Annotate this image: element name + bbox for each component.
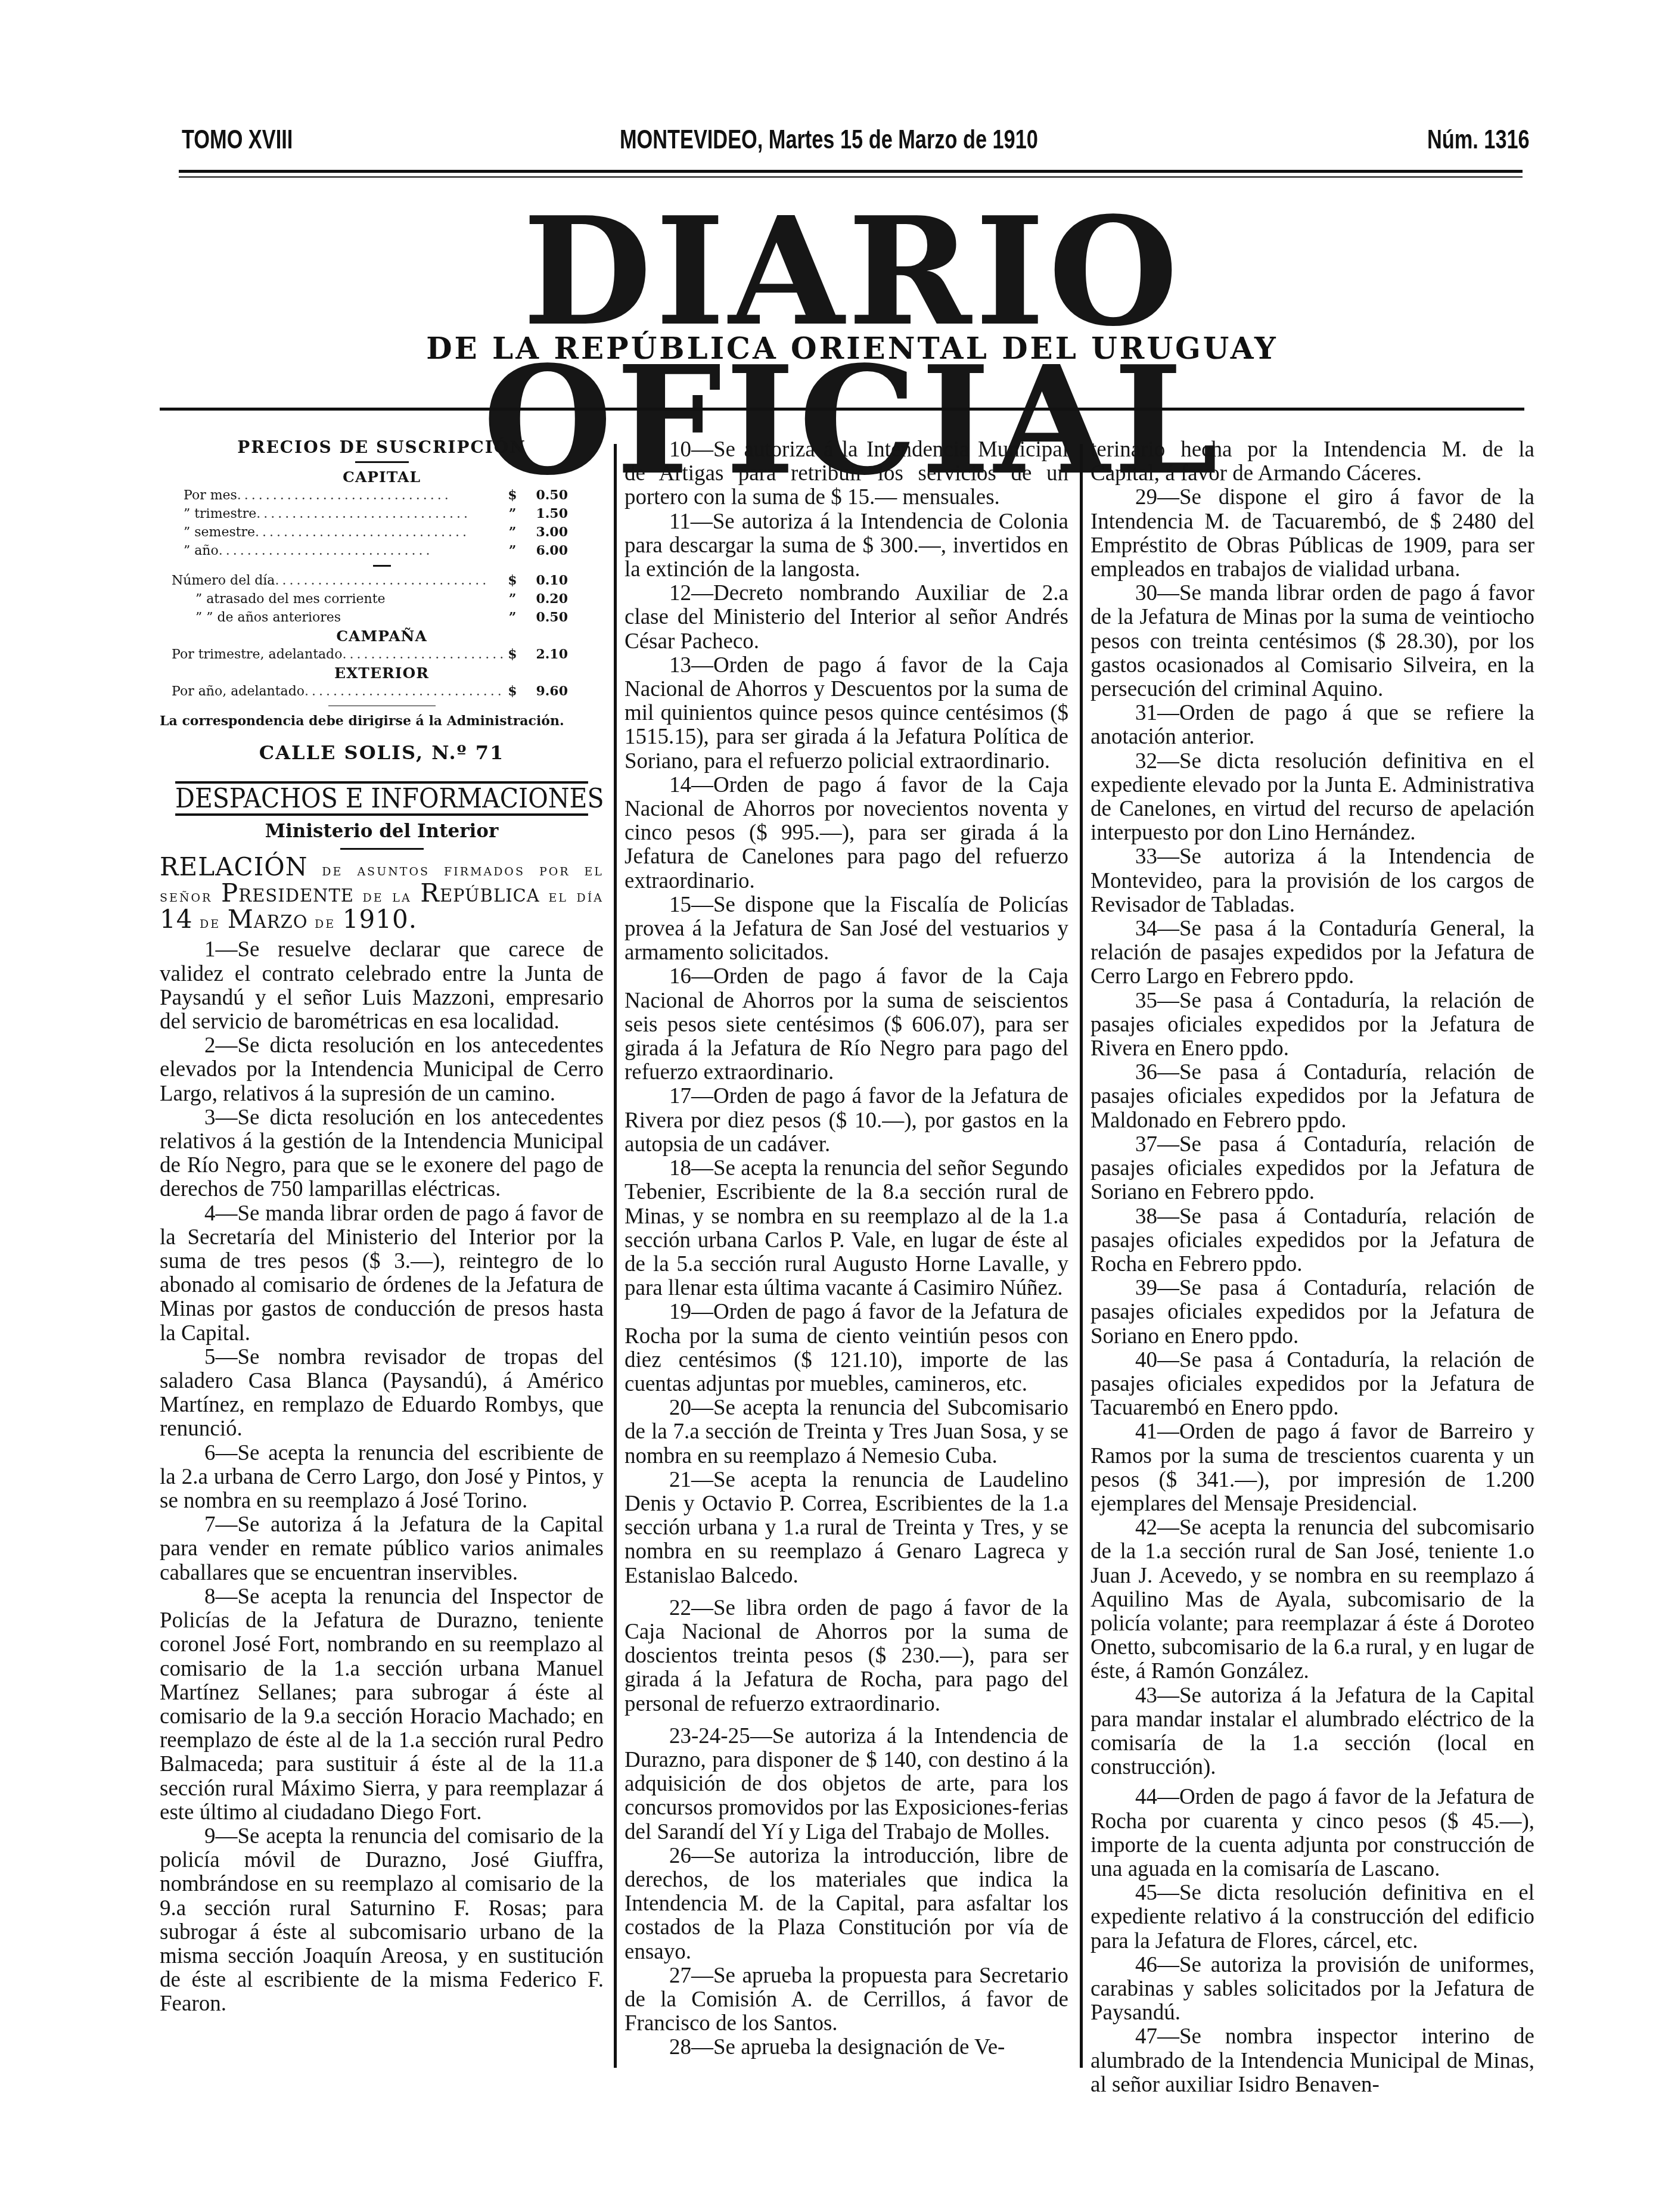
- subscription-heading: PRECIOS DE SUSCRIPCIÓN: [160, 438, 604, 456]
- decree-item: 19—Orden de pago á favor de la Jefatura …: [625, 1300, 1068, 1396]
- capital-price-list: Por mes..............................$0.…: [160, 486, 604, 560]
- decree-item: 14—Orden de pago á favor de la Caja Naci…: [625, 773, 1068, 893]
- currency: $: [505, 486, 520, 505]
- decree-item: 13—Orden de pago á favor de la Caja Naci…: [625, 654, 1068, 773]
- price-row: ” año..............................”6.00: [160, 542, 604, 560]
- price-row: Por trimestre, adelantado...............…: [160, 645, 604, 664]
- newspaper-subtitle: DE LA REPÚBLICA ORIENTAL DEL URUGUAY: [197, 331, 1508, 366]
- relacion-heading: RELACIÓN de asuntos firmados por el seño…: [160, 856, 604, 934]
- price-amount: 1.50: [520, 505, 604, 523]
- decree-item: 41—Orden de pago á favor de Barreiro y R…: [1091, 1420, 1534, 1516]
- decree-item: 36—Se pasa á Contaduría, relación de pas…: [1091, 1061, 1534, 1133]
- price-row: ” ” de años anteriores ”0.50: [160, 608, 604, 627]
- masthead-info-line: TOMO XVIII MONTEVIDEO, Martes 15 de Marz…: [182, 125, 1523, 161]
- relacion-text: Presidente: [221, 878, 354, 908]
- price-label: ” atrasado del mes corriente: [160, 590, 386, 608]
- decree-continuation: terinario hecha por la Intendencia M. de…: [1091, 438, 1534, 486]
- decree-item: 10—Se autoriza á la Intendencia Municipa…: [625, 438, 1068, 510]
- dateline: MONTEVIDEO, Martes 15 de Marzo de 1910: [620, 125, 1038, 155]
- masthead-rule-thin: [179, 176, 1523, 178]
- currency: $: [505, 682, 520, 701]
- decree-item: 4—Se manda librar orden de pago á favor …: [160, 1202, 604, 1346]
- decree-item: 18—Se acepta la renuncia del señor Segun…: [625, 1157, 1068, 1300]
- currency: ”: [505, 523, 520, 542]
- decree-item: 43—Se autoriza á la Jefatura de la Capit…: [1091, 1684, 1534, 1780]
- decree-item: 8—Se acepta la renuncia del Inspector de…: [160, 1585, 604, 1825]
- leader-dots: ..............................: [305, 682, 505, 701]
- ministry-heading: Ministerio del Interior: [160, 819, 604, 843]
- decree-item: 35—Se pasa á Contaduría, la relación de …: [1091, 989, 1534, 1061]
- campana-heading: CAMPAÑA: [160, 627, 604, 645]
- column-2: 10—Se autoriza á la Intendencia Municipa…: [625, 438, 1068, 2060]
- decree-item: 2—Se dicta resolución en los antecedente…: [160, 1034, 604, 1106]
- currency: ”: [505, 505, 520, 523]
- separator: [373, 565, 391, 567]
- ministry-rule: [340, 848, 424, 850]
- currency: ”: [505, 542, 520, 560]
- decree-item: 9—Se acepta la renuncia del comisario de…: [160, 1825, 604, 2017]
- decree-item: 31—Orden de pago á que se refiere la ano…: [1091, 701, 1534, 749]
- issue-price-list: Número del día..........................…: [160, 571, 604, 627]
- decree-item: 29—Se dispone el giro á favor de la Inte…: [1091, 486, 1534, 582]
- decree-item: 37—Se pasa á Contaduría, relación de pas…: [1091, 1133, 1534, 1205]
- decree-item: 40—Se pasa á Contaduría, la relación de …: [1091, 1349, 1534, 1421]
- exterior-heading: EXTERIOR: [160, 664, 604, 682]
- decree-item: 30—Se manda librar orden de pago á favor…: [1091, 582, 1534, 701]
- relacion-text: de la: [363, 887, 412, 906]
- relacion-text: República: [420, 878, 539, 908]
- leader-dots: ..............................: [237, 486, 505, 505]
- decree-item: 15—Se dispone que la Fiscalía de Policía…: [625, 893, 1068, 965]
- newspaper-page: TOMO XVIII MONTEVIDEO, Martes 15 de Marz…: [0, 0, 1659, 2212]
- price-row: ” atrasado del mes corriente ”0.20: [160, 590, 604, 608]
- decree-item: 27—Se aprueba la propuesta para Secretar…: [625, 1964, 1068, 2036]
- leader-dots: ..............................: [275, 571, 505, 590]
- decree-item: 20—Se acepta la renuncia del Subcomisari…: [625, 1396, 1068, 1468]
- decree-item: 33—Se autoriza á la Intendencia de Monte…: [1091, 845, 1534, 917]
- decree-item: 23-24-25—Se autoriza á la Intendencia de…: [625, 1725, 1068, 1844]
- price-label: ” semestre: [160, 523, 255, 542]
- column-divider-1: [614, 444, 617, 2068]
- price-row: Por mes..............................$0.…: [160, 486, 604, 505]
- price-label: Por trimestre, adelantado: [160, 645, 342, 664]
- column-divider-2: [1080, 444, 1083, 2068]
- decree-list-col1: 1—Se resuelve declarar que carece de val…: [160, 938, 604, 2016]
- relacion-lead: RELACIÓN: [160, 852, 307, 881]
- price-amount: 0.50: [520, 486, 604, 505]
- currency: $: [505, 571, 520, 590]
- volume-label: TOMO XVIII: [182, 125, 293, 155]
- price-row: ” semestre..............................…: [160, 523, 604, 542]
- decree-item: 21—Se acepta la renuncia de Laudelino De…: [625, 1468, 1068, 1588]
- price-label: Por mes: [160, 486, 237, 505]
- decree-item: 1—Se resuelve declarar que carece de val…: [160, 938, 604, 1034]
- relacion-text: de: [315, 914, 335, 932]
- price-row: Por año, adelantado.....................…: [160, 682, 604, 701]
- relacion-day: 14: [160, 905, 192, 934]
- relacion-text: de: [200, 914, 220, 932]
- decree-item: 39—Se pasa á Contaduría, relación de pas…: [1091, 1276, 1534, 1349]
- price-label: ” año: [160, 542, 219, 560]
- relacion-text: el día: [548, 887, 604, 906]
- price-label: ” trimestre: [160, 505, 256, 523]
- price-row: ” trimestre.............................…: [160, 505, 604, 523]
- leader-dots: ..............................: [255, 523, 505, 542]
- decree-item: 46—Se autoriza la provisión de uniformes…: [1091, 1953, 1534, 2025]
- decree-item: 7—Se autoriza á la Jefatura de la Capita…: [160, 1513, 604, 1585]
- decree-item: 5—Se nombra revisador de tropas del sala…: [160, 1346, 604, 1441]
- leader-dots: ..............................: [342, 645, 505, 664]
- column-3: terinario hecha por la Intendencia M. de…: [1091, 438, 1534, 2097]
- currency: ”: [505, 590, 520, 608]
- decree-item: 38—Se pasa á Contaduría, relación de pas…: [1091, 1205, 1534, 1277]
- decree-item: 28—Se aprueba la designación de Ve-: [625, 2036, 1068, 2059]
- price-row: Número del día..........................…: [160, 571, 604, 590]
- price-label: Número del día: [160, 571, 275, 590]
- correspondence-note: La correspondencia debe dirigirse á la A…: [160, 712, 604, 731]
- issue-number: Núm. 1316: [1427, 125, 1530, 155]
- relacion-year: 1910.: [343, 905, 417, 934]
- decree-item: 26—Se autoriza la introducción, libre de…: [625, 1844, 1068, 1964]
- decree-item: 47—Se nombra inspector interino de alumb…: [1091, 2025, 1534, 2097]
- currency: $: [505, 645, 520, 664]
- price-amount: 0.50: [520, 608, 604, 627]
- price-amount: 2.10: [520, 645, 604, 664]
- decree-item: 17—Orden de pago á favor de la Jefatura …: [625, 1085, 1068, 1157]
- decree-item: 34—Se pasa á la Contaduría General, la r…: [1091, 917, 1534, 989]
- section-title: DESPACHOS E INFORMACIONES: [175, 781, 588, 816]
- office-address: CALLE SOLIS, N.º 71: [160, 744, 604, 762]
- price-amount: 9.60: [520, 682, 604, 701]
- relacion-month: Marzo: [228, 905, 308, 934]
- decree-item: 16—Orden de pago á favor de la Caja Naci…: [625, 965, 1068, 1085]
- leader-dots: ..............................: [219, 542, 505, 560]
- capital-heading: CAPITAL: [160, 468, 604, 486]
- decree-item: 6—Se acepta la renuncia del escribiente …: [160, 1441, 604, 1514]
- decree-item: 11—Se autoriza á la Intendencia de Colon…: [625, 510, 1068, 582]
- price-amount: 0.20: [520, 590, 604, 608]
- decree-item: 12—Decreto nombrando Auxiliar de 2.a cla…: [625, 582, 1068, 654]
- leader-dots: ..............................: [256, 505, 505, 523]
- column-1: PRECIOS DE SUSCRIPCIÓN CAPITAL Por mes..…: [160, 438, 604, 2017]
- decree-item: 32—Se dicta resolución definitiva en el …: [1091, 750, 1534, 846]
- price-amount: 6.00: [520, 542, 604, 560]
- currency: ”: [505, 608, 520, 627]
- subscription-box: PRECIOS DE SUSCRIPCIÓN CAPITAL Por mes..…: [160, 438, 604, 762]
- price-amount: 0.10: [520, 571, 604, 590]
- separator: [328, 706, 436, 706]
- price-amount: 3.00: [520, 523, 604, 542]
- decree-item: 45—Se dicta resolución definitiva en el …: [1091, 1881, 1534, 1953]
- header-bottom-rule: [160, 408, 1524, 411]
- decree-item: 42—Se acepta la renuncia del subcomisari…: [1091, 1516, 1534, 1683]
- decree-item: 22—Se libra orden de pago á favor de la …: [625, 1596, 1068, 1716]
- masthead-rule: [179, 170, 1523, 173]
- decree-item: 44—Orden de pago á favor de la Jefatura …: [1091, 1785, 1534, 1881]
- price-label: ” ” de años anteriores: [160, 608, 341, 627]
- price-label: Por año, adelantado: [160, 682, 305, 701]
- decree-item: 3—Se dicta resolución en los antecedente…: [160, 1106, 604, 1202]
- separator: [355, 461, 409, 463]
